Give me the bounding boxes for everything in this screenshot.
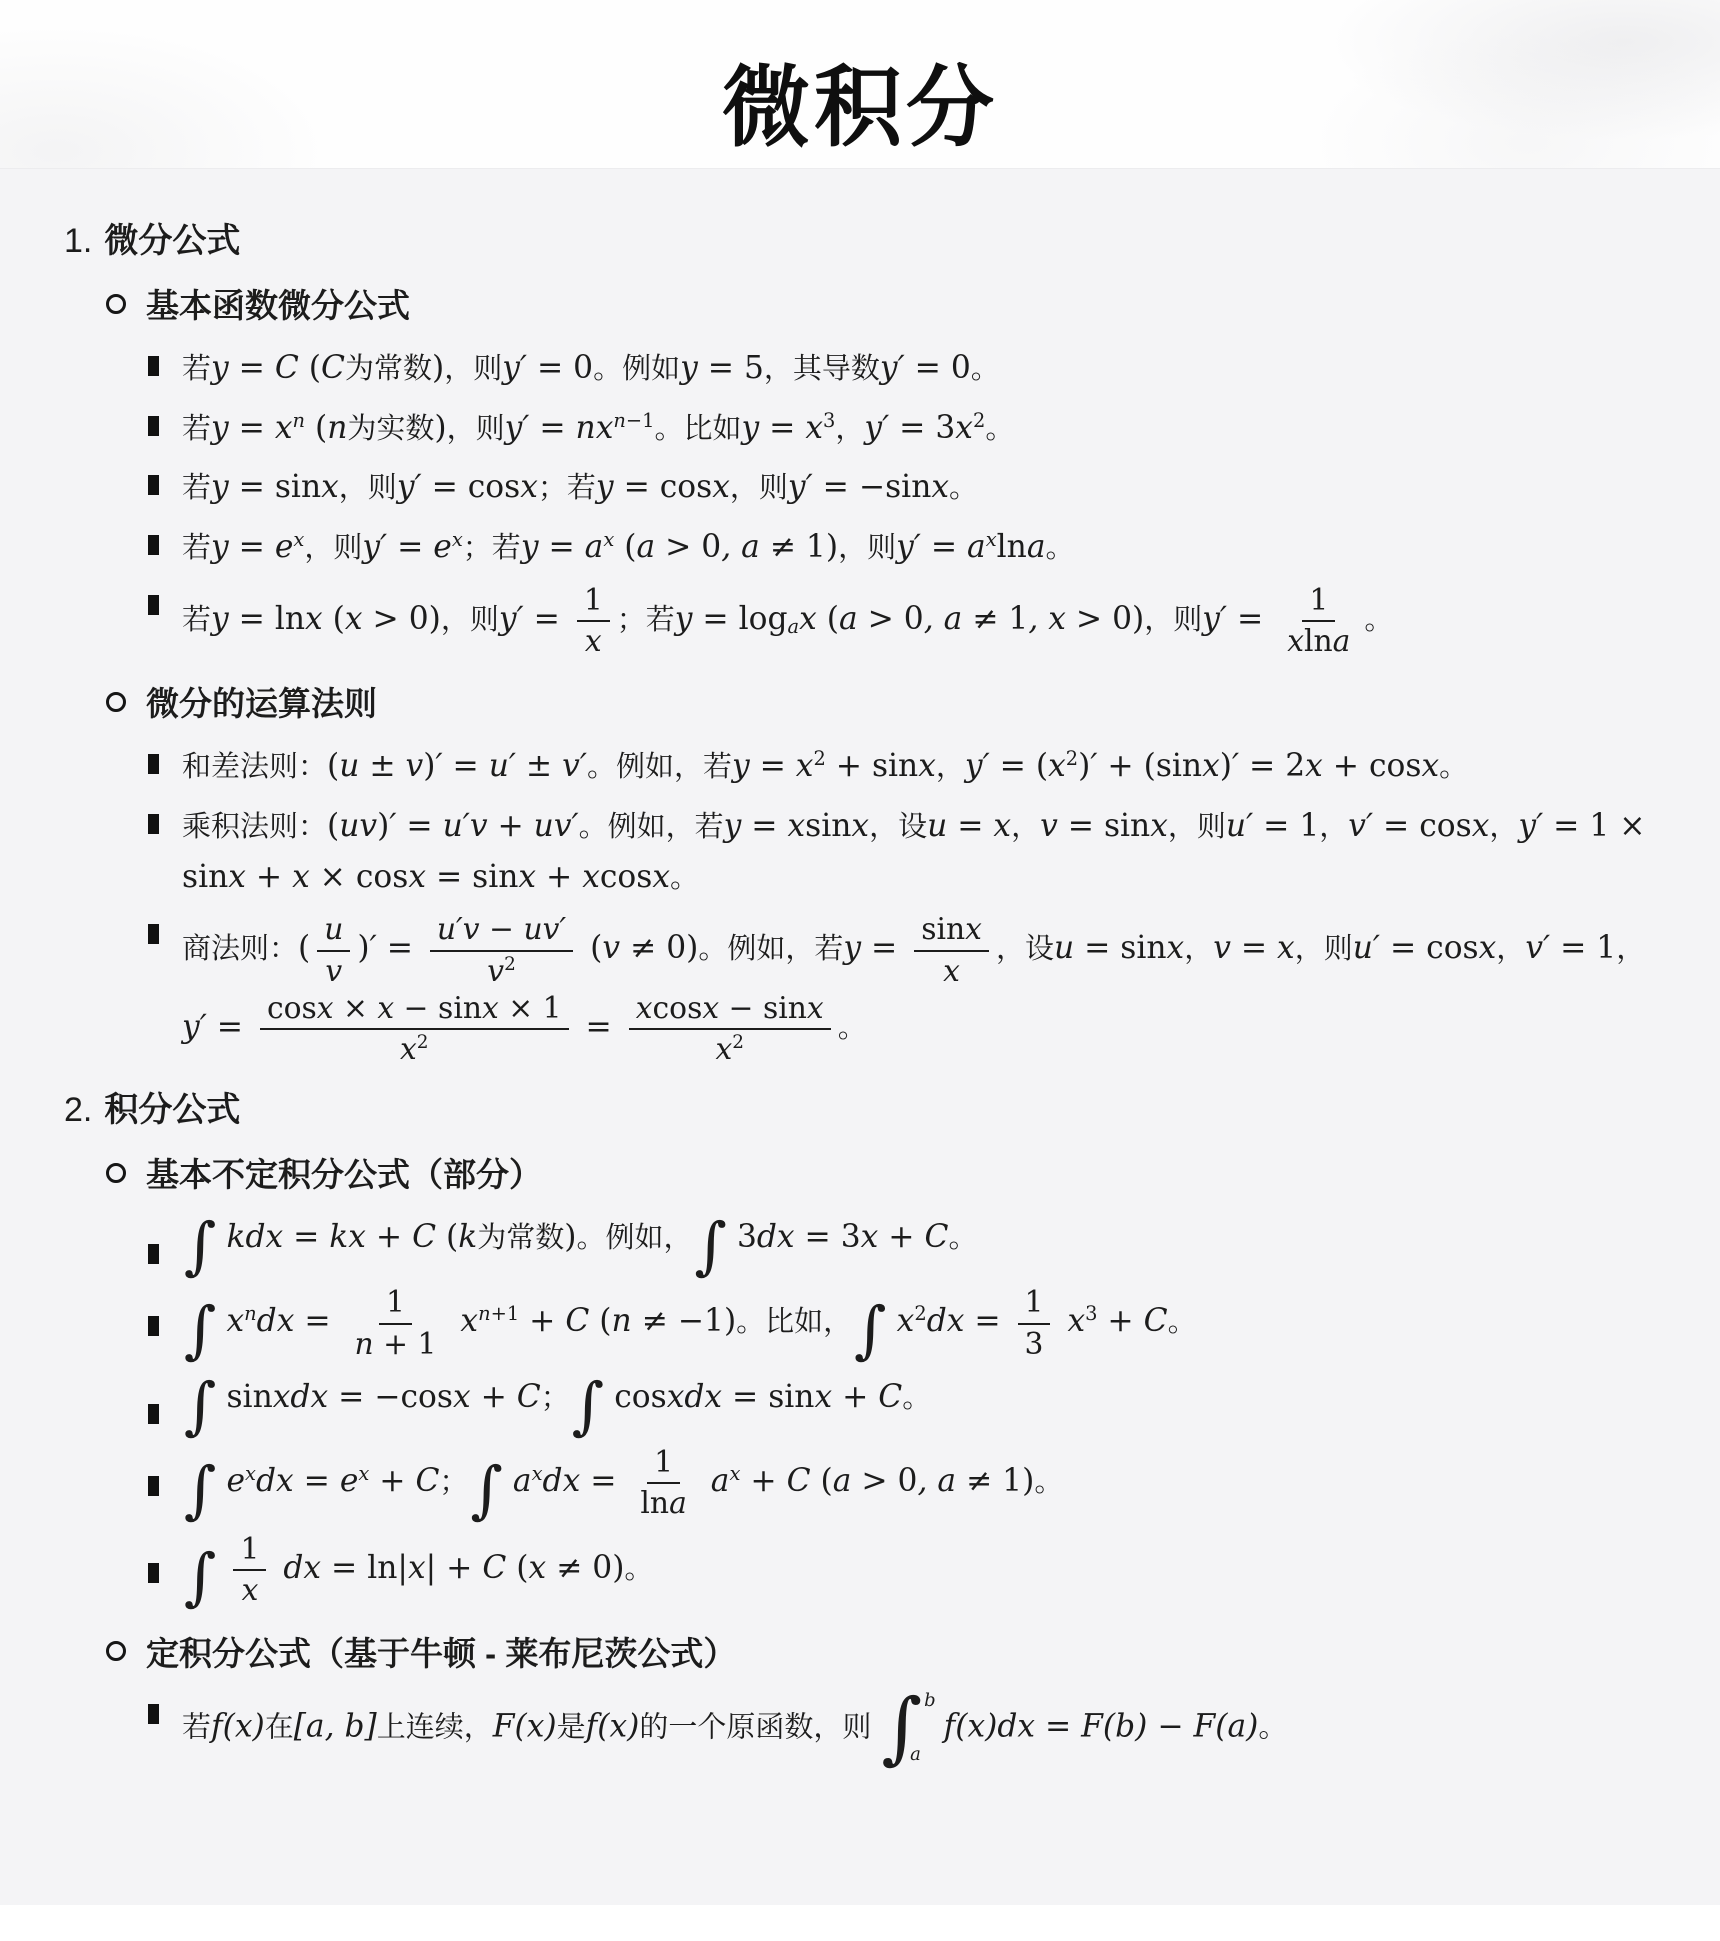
math-roman-run: 1 <box>1596 930 1616 966</box>
math-roman-run: 3 <box>935 410 955 446</box>
formula-item: ∫1x dx = ln|x| + C (x ≠ 0)。 <box>26 1531 1690 1609</box>
math-run: a <box>669 1486 687 1521</box>
fraction-denominator: lna <box>633 1484 693 1522</box>
text-run: 。 <box>985 413 1014 445</box>
math-run: x ≠ <box>528 1550 592 1586</box>
math-run: x <box>715 1032 732 1067</box>
math-roman-run: 0) <box>409 601 441 637</box>
square-bullet <box>148 356 159 376</box>
text-run: ， <box>1011 811 1040 843</box>
text-run: 。 <box>949 472 978 504</box>
math-run: + C <box>369 1463 439 1499</box>
math-run: y = <box>675 601 739 637</box>
fraction: 1xlna <box>1280 582 1357 660</box>
square-bullet <box>148 1244 159 1264</box>
math-roman-run: sin <box>438 991 482 1026</box>
section-heading-row: 1.微分公式 <box>26 213 1690 262</box>
fraction-denominator: x <box>235 1571 266 1609</box>
math-run: u′v − uv′ <box>437 912 566 947</box>
text-run: 若 <box>182 413 211 445</box>
math-run: dx = e <box>256 1463 358 1499</box>
math-run: dx = <box>257 1303 341 1339</box>
text-run: ； <box>541 1382 570 1414</box>
fraction-numerator: 1 <box>577 582 610 622</box>
subsection-heading: 微分的运算法则 <box>146 678 377 725</box>
math-run: y = <box>211 601 275 637</box>
math-run: ′ = <box>1232 748 1285 784</box>
math-run: y′ = <box>502 350 573 386</box>
subsection: 定积分公式（基于牛顿 - 莱布尼茨公式）若f(x)在[a, b]上连续，F(x)… <box>26 1628 1690 1766</box>
content-band: 1.微分公式基本函数微分公式若y = C (C为常数)，则y′ = 0。例如y … <box>0 168 1720 1905</box>
fraction: 1x <box>233 1531 266 1609</box>
fraction: 1n + 1 <box>348 1284 444 1362</box>
math-run: y′ = e <box>362 529 451 565</box>
fraction: 1lna <box>633 1444 693 1522</box>
formula-item: ∫xndx = 1n + 1 xn+1 + C (n ≠ −1)。比如，∫x2d… <box>26 1284 1690 1362</box>
math-run: x + x × <box>228 859 356 895</box>
math-roman-run: ( <box>1036 748 1048 784</box>
subsection-heading-row: 微分的运算法则 <box>26 678 1690 725</box>
math-roman-run: ( <box>614 529 636 565</box>
text-run: ； <box>439 1466 468 1498</box>
fraction-numerator: u′v − uv′ <box>430 911 573 951</box>
math-run: v <box>487 954 504 989</box>
math-run: y = e <box>211 529 293 565</box>
math-run: v = x <box>1213 930 1295 966</box>
math-run: u ± v <box>339 748 423 784</box>
formula-line: 商法则：(uv)′ = u′v − uv′v2 (v ≠ 0)。例如，若y = … <box>182 911 1662 1068</box>
math-roman-run: ) <box>434 410 446 446</box>
text-run: ，设 <box>869 811 927 843</box>
integral-sign: ∫ <box>184 1376 216 1435</box>
math-roman-run: cos <box>1426 930 1478 966</box>
text-run: ，则 <box>304 532 362 564</box>
math-run: dx = <box>927 1303 1011 1339</box>
math-roman-run: ln <box>640 1486 669 1521</box>
text-run: ；若 <box>617 604 675 636</box>
formula-line: 若y = lnx (x > 0)，则y′ = 1x；若y = logax (a … <box>182 582 1393 660</box>
math-run: u <box>324 912 343 947</box>
fraction: u′v − uv′v2 <box>430 911 573 989</box>
math-run: n <box>613 409 626 432</box>
math-run: x <box>321 469 339 505</box>
square-bullet <box>148 1563 159 1583</box>
math-run: y′ = <box>880 350 951 386</box>
circle-bullet <box>106 1641 126 1661</box>
math-roman-run: ln <box>1304 624 1333 659</box>
math-roman-run: ( <box>305 410 327 446</box>
fraction-numerator: cosx × x − sinx × 1 <box>260 990 569 1030</box>
math-run: u′ = <box>1226 808 1299 844</box>
math-roman-run: sin <box>472 859 518 895</box>
text-run: 。例如，若 <box>698 933 843 965</box>
formula-item: 和差法则：(u ± v)′ = u′ ± v′。例如，若y = x2 + sin… <box>26 741 1690 792</box>
math-roman-run: ( <box>580 930 602 966</box>
math-run: x <box>293 528 304 551</box>
math-run: a <box>1333 624 1351 659</box>
math-roman-run: 0 <box>904 601 924 637</box>
math-roman-run: 3 <box>1085 1302 1097 1325</box>
math-roman-run: cos <box>267 991 317 1026</box>
math-run: x <box>585 624 602 659</box>
circle-bullet <box>106 294 126 314</box>
math-roman-run: sin <box>182 859 228 895</box>
section-heading-row: 2.积分公式 <box>26 1082 1690 1131</box>
math-run: x + x <box>518 859 599 895</box>
math-roman-run: ( <box>436 1219 458 1255</box>
formula-item: 若y = xn (n为实数)，则y′ = nxn−1。比如y = x3，y′ =… <box>26 403 1690 454</box>
fraction: uv <box>317 911 350 989</box>
text-run: ， <box>835 413 864 445</box>
math-roman-run: cos <box>600 859 652 895</box>
math-run: x <box>652 859 670 895</box>
math-run: uv <box>339 808 377 844</box>
text-run: 。例如，若 <box>579 811 724 843</box>
math-roman-run: 3 <box>823 409 835 432</box>
text-run: 。 <box>670 862 699 894</box>
math-run: |x| + C <box>397 1550 506 1586</box>
math-roman-run: ) <box>357 930 369 966</box>
math-roman-run: sin <box>1104 808 1150 844</box>
math-roman-run: 0) <box>666 930 698 966</box>
math-roman-run: + 1 <box>383 1327 436 1362</box>
math-run: f(x) <box>211 1708 265 1744</box>
section-heading: 积分公式 <box>104 1091 240 1129</box>
formula-item: 若y = sinx，则y′ = cosx；若y = cosx，则y′ = −si… <box>26 462 1690 513</box>
math-roman-run: sin <box>1120 930 1166 966</box>
fraction-denominator: x2 <box>708 1030 751 1068</box>
math-roman-run: sin <box>885 469 931 505</box>
square-bullet <box>148 1316 159 1336</box>
math-roman-run: ) <box>564 1219 576 1255</box>
integral-lower-bound: a <box>910 1746 936 1764</box>
numbered-list-marker: 2. <box>64 1091 92 1129</box>
math-roman-run: 2 <box>813 747 825 770</box>
text-run: 若 <box>182 472 211 504</box>
math-run: + <box>826 748 872 784</box>
square-bullet <box>148 416 159 436</box>
math-run: x <box>1479 930 1497 966</box>
math-run: dx = <box>273 1550 367 1586</box>
math-roman-run: cos <box>653 991 703 1026</box>
math-run: dx = <box>543 1463 627 1499</box>
math-roman-run: 0) <box>592 1550 624 1586</box>
integral-sign: ∫ <box>470 1460 502 1519</box>
text-run: 。 <box>948 1222 977 1254</box>
math-run: y′ = <box>1202 601 1273 637</box>
subsection: 微分的运算法则和差法则：(u ± v)′ = u′ ± v′。例如，若y = x… <box>26 678 1690 1068</box>
math-run: dx = <box>757 1219 841 1255</box>
math-roman-run: 2 <box>732 1032 744 1053</box>
math-roman-run: cos <box>468 469 520 505</box>
math-run: x <box>1287 624 1304 659</box>
math-run: x × <box>482 991 543 1026</box>
math-run: x × x − <box>317 991 438 1026</box>
math-run: x <box>986 528 997 551</box>
formula-item: 商法则：(uv)′ = u′v − uv′v2 (v ≠ 0)。例如，若y = … <box>26 911 1690 1068</box>
math-run: v <box>325 954 342 989</box>
math-run: y = x <box>732 748 814 784</box>
math-run: y′ = <box>182 1009 253 1045</box>
math-run: v = <box>1040 808 1104 844</box>
math-run: x <box>712 469 730 505</box>
math-run: x <box>1167 930 1185 966</box>
integral-sign: ∫ <box>572 1376 604 1435</box>
math-run: a > <box>839 601 904 637</box>
math-roman-run: (sin <box>1144 748 1202 784</box>
integral-sign: ∫ <box>184 1460 216 1519</box>
math-run: n <box>478 1302 491 1325</box>
fraction: sinxx <box>914 911 989 989</box>
formula-line: 若y = ex，则y′ = ex；若y = ax (a > 0, a ≠ 1)，… <box>182 522 1075 573</box>
fraction: 1x <box>577 582 610 660</box>
math-run: y = <box>211 469 275 505</box>
integral-sign: ∫ <box>184 1300 216 1359</box>
math-run: x <box>1057 1303 1085 1339</box>
math-run: x <box>242 1573 259 1608</box>
math-run: y = a <box>521 529 604 565</box>
math-run: a <box>1027 529 1046 565</box>
text-run: 若 <box>182 604 211 636</box>
text-run: 若 <box>182 532 211 564</box>
math-run: x <box>851 808 869 844</box>
integral-upper-bound: b <box>924 1692 936 1710</box>
math-run: x + C <box>814 1379 902 1415</box>
math-roman-run: 1 <box>1299 808 1319 844</box>
text-run: ，则 <box>730 472 788 504</box>
text-run: 乘积法则： <box>182 811 327 843</box>
math-roman-run: ln <box>997 529 1027 565</box>
square-bullet <box>148 1476 159 1496</box>
circle-bullet <box>106 692 126 712</box>
math-run: f(x)dx = F(b) − F(a) <box>944 1708 1259 1744</box>
text-run: 。例如，若 <box>587 751 732 783</box>
math-roman-run: sin <box>872 748 918 784</box>
math-run: y = <box>680 350 744 386</box>
math-run: x <box>603 528 614 551</box>
fraction: xcosx − sinxx2 <box>629 990 831 1068</box>
math-roman-run: 0 <box>951 350 971 386</box>
formula-item: 若y = lnx (x > 0)，则y′ = 1x；若y = logax (a … <box>26 582 1690 660</box>
section: 2.积分公式基本不定积分公式（部分）∫kdx = kx + C (k为常数)。例… <box>26 1082 1690 1766</box>
fraction-denominator: v <box>318 952 349 990</box>
subsection-heading-row: 基本不定积分公式（部分） <box>26 1149 1690 1196</box>
text-run: 若 <box>182 353 211 385</box>
fraction-denominator: n + 1 <box>348 1325 444 1363</box>
math-run: y = x <box>211 410 293 446</box>
math-run: x + <box>1305 748 1369 784</box>
math-roman-run: 0) <box>1112 601 1144 637</box>
integral-sign: ∫ <box>184 1547 216 1606</box>
formula-item: ∫kdx = kx + C (k为常数)。例如，∫3dx = 3x + C。 <box>26 1212 1690 1275</box>
math-run: n <box>244 1302 257 1325</box>
square-bullet <box>148 595 159 615</box>
text-run: 为实数 <box>347 413 434 445</box>
math-roman-run: 1 <box>654 1445 673 1480</box>
text-run: 。 <box>1439 751 1468 783</box>
formula-line: ∫xndx = 1n + 1 xn+1 + C (n ≠ −1)。比如，∫x2d… <box>182 1284 1197 1362</box>
math-run: n <box>327 410 347 446</box>
math-roman-run: log <box>739 601 788 637</box>
text-run: 。 <box>902 1382 931 1414</box>
math-run: x <box>955 410 973 446</box>
math-run: y′ = − <box>788 469 885 505</box>
formula-line: 若y = xn (n为实数)，则y′ = nxn−1。比如y = x3，y′ =… <box>182 403 1014 454</box>
math-roman-run: cos <box>1369 748 1421 784</box>
math-roman-run: sin <box>763 991 807 1026</box>
math-roman-run: 1) <box>1002 1463 1034 1499</box>
math-roman-run: ( <box>323 601 345 637</box>
fraction-denominator: v2 <box>480 952 523 990</box>
math-run: y = C <box>211 350 299 386</box>
math-roman-run: ( <box>299 350 321 386</box>
math-run: C <box>321 350 345 386</box>
math-roman-run: 0 <box>573 350 593 386</box>
math-roman-run: cos <box>1419 808 1471 844</box>
text-run: ， <box>936 751 965 783</box>
math-run: f(x) <box>586 1708 640 1744</box>
math-run: , a ≠ <box>721 529 806 565</box>
text-run: ， <box>1319 811 1348 843</box>
text-run: ， <box>1496 933 1525 965</box>
text-run: ，则 <box>1168 811 1226 843</box>
math-run: a <box>513 1463 532 1499</box>
fraction-numerator: 1 <box>1302 582 1335 622</box>
math-run: y = <box>596 469 660 505</box>
math-roman-run: ( <box>589 1303 611 1339</box>
text-run: 。 <box>1046 532 1075 564</box>
text-run: 的一个原函数，则 <box>639 1711 871 1743</box>
formula-item: ∫exdx = ex + C；∫axdx = 1lna ax + C (a > … <box>26 1444 1690 1522</box>
math-run: y = x <box>724 808 806 844</box>
text-run: ，则 <box>339 472 397 504</box>
text-run: ，则 <box>447 413 505 445</box>
math-roman-run: cos <box>614 1379 666 1415</box>
math-roman-run: 0 <box>898 1463 918 1499</box>
math-run: u′ = <box>1353 930 1426 966</box>
math-run: x − <box>702 991 763 1026</box>
fraction-numerator: 1 <box>233 1531 266 1571</box>
square-bullet <box>148 1704 159 1724</box>
math-run: k <box>458 1219 477 1255</box>
page-header: 微积分 <box>0 0 1720 168</box>
math-run: x <box>358 1462 369 1485</box>
math-run: x <box>520 469 538 505</box>
fraction-numerator: sinx <box>914 911 989 951</box>
formula-item: 若f(x)在[a, b]上连续，F(x)是f(x)的一个原函数，则∫baf(x)… <box>26 1691 1690 1766</box>
math-run: x + C <box>453 1379 541 1415</box>
math-run: kdx = kx + C <box>226 1219 436 1255</box>
math-run: y′ = <box>499 601 570 637</box>
math-roman-run: 3 <box>1025 1327 1044 1362</box>
math-roman-run: −1 <box>626 409 655 432</box>
math-roman-run: sin <box>921 912 965 947</box>
integral-with-bounds: ∫ba <box>881 1691 935 1766</box>
math-run: n <box>293 409 306 432</box>
math-roman-run: 1 <box>1025 1285 1044 1320</box>
math-run: F(x) <box>493 1708 557 1744</box>
formula-line: 若f(x)在[a, b]上连续，F(x)是f(x)的一个原函数，则∫baf(x)… <box>182 1691 1287 1766</box>
text-run: ，则 <box>838 532 896 564</box>
formula-line: 乘积法则：(uv)′ = u′v + uv′。例如，若y = xsinx，设u … <box>182 801 1662 902</box>
math-roman-run: 1 <box>584 583 603 618</box>
math-run: y′ = <box>397 469 468 505</box>
text-run: 。 <box>1364 604 1393 636</box>
text-run: ，设 <box>996 933 1054 965</box>
math-run: x > <box>345 601 409 637</box>
integral-sign: ∫ <box>694 1216 726 1275</box>
math-roman-run: ) <box>1078 748 1090 784</box>
math-roman-run: ln <box>275 601 305 637</box>
square-bullet <box>148 924 159 944</box>
page-title: 微积分 <box>0 0 1720 164</box>
text-run: ， <box>1489 811 1518 843</box>
math-roman-run: cos <box>356 859 408 895</box>
text-run: 是 <box>557 1711 586 1743</box>
math-roman-run: 1 <box>386 1285 405 1320</box>
numbered-list-marker: 1. <box>64 222 92 260</box>
formula-item: 若y = ex，则y′ = ex；若y = ax (a > 0, a ≠ 1)，… <box>26 522 1690 573</box>
math-run: v′ = <box>1525 930 1596 966</box>
math-roman-run: 1) <box>704 1303 736 1339</box>
formula-line: ∫sinxdx = −cosx + C；∫cosxdx = sinx + C。 <box>182 1372 931 1435</box>
text-run: 。 <box>838 1012 867 1044</box>
math-run: x <box>1150 808 1168 844</box>
subsection-heading: 定积分公式（基于牛顿 - 莱布尼茨公式） <box>146 1628 736 1675</box>
text-run: 。比如 <box>655 413 742 445</box>
subsection-heading: 基本函数微分公式 <box>146 280 410 327</box>
math-run: a > <box>833 1463 898 1499</box>
fraction-denominator: xlna <box>1280 622 1357 660</box>
text-run: 。例如 <box>593 353 680 385</box>
math-run: x <box>1048 748 1066 784</box>
math-roman-run: ln <box>367 1550 397 1586</box>
math-roman-run: ) <box>432 350 444 386</box>
subsection: 基本函数微分公式若y = C (C为常数)，则y′ = 0。例如y = 5，其导… <box>26 280 1690 660</box>
fraction: cosx × x − sinx × 1x2 <box>260 990 569 1068</box>
math-roman-run: ( <box>298 930 310 966</box>
math-run: [a, b] <box>294 1708 377 1744</box>
formula-line: 若y = C (C为常数)，则y′ = 0。例如y = 5，其导数y′ = 0。 <box>182 343 1000 394</box>
fraction-denominator: x <box>578 622 609 660</box>
square-bullet <box>148 1404 159 1424</box>
math-run: xdx = <box>667 1379 769 1415</box>
math-roman-run: 1 <box>543 991 562 1026</box>
math-roman-run: 2 <box>1066 747 1078 770</box>
text-run: 和差法则： <box>182 751 327 783</box>
math-run: x = <box>408 859 472 895</box>
math-roman-run: sin <box>805 808 851 844</box>
math-run: x <box>532 1462 543 1485</box>
math-run: = <box>576 1009 622 1045</box>
section-heading: 微分公式 <box>104 222 240 260</box>
text-run: ，则 <box>1295 933 1353 965</box>
subsection: 基本不定积分公式（部分）∫kdx = kx + C (k为常数)。例如，∫3dx… <box>26 1149 1690 1609</box>
math-run: + C <box>519 1303 589 1339</box>
math-roman-run: 0 <box>701 529 721 565</box>
text-run: 在 <box>265 1711 294 1743</box>
text-run: 。 <box>624 1553 653 1585</box>
math-roman-run: ) <box>377 808 389 844</box>
math-run: x <box>226 1303 244 1339</box>
math-roman-run: 2 <box>504 954 516 975</box>
math-run: x <box>400 1032 417 1067</box>
math-run: + C <box>1097 1303 1167 1339</box>
circle-bullet <box>106 1163 126 1183</box>
fraction-numerator: 1 <box>1018 1284 1051 1324</box>
math-run: y′ = <box>864 410 935 446</box>
fraction-denominator: x <box>936 952 967 990</box>
